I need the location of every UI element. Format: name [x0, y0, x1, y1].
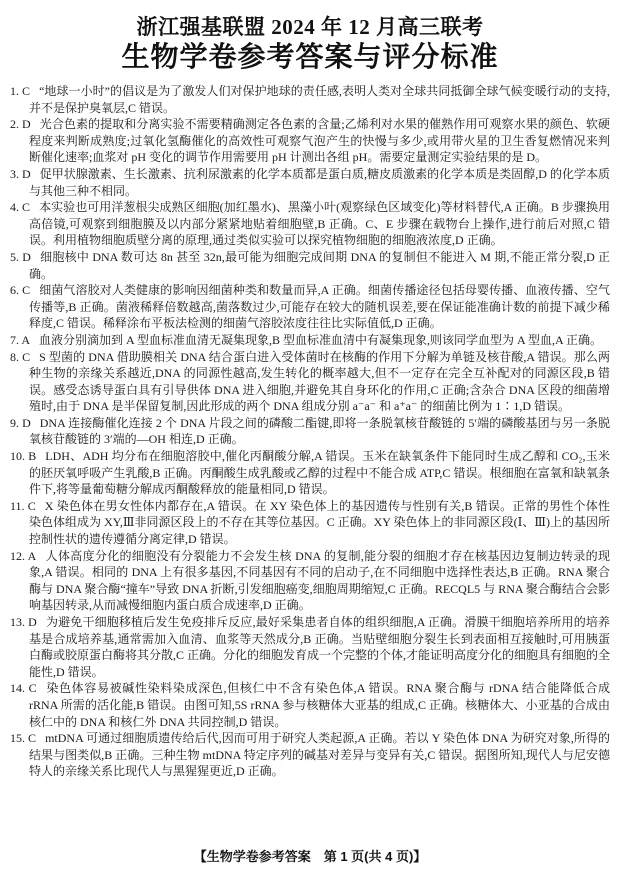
- answer-number-and-choice: 9. D: [10, 416, 31, 430]
- answer-explanation: 血液分别滴加到 A 型血标准血清无凝集现象,B 型血标准血清中有凝集现象,则该同…: [39, 333, 602, 347]
- answer-explanation: S 型菌的 DNA 借助膜相关 DNA 结合蛋白进入受体菌时在核酶的作用下分解为…: [29, 350, 610, 414]
- answer-item: 6. C细菌气溶胶对人类健康的影响因细菌种类和数量而异,A 正确。细菌传播途径包…: [10, 282, 610, 332]
- answer-number-and-choice: 5. D: [10, 250, 31, 264]
- answer-explanation: LDH、ADH 均分布在细胞溶胶中,催化丙酮酸分解,A 错误。玉米在缺氧条件下能…: [29, 449, 610, 496]
- answer-item: 13. D为避免干细胞移植后发生免疫排斥反应,最好采集患者自体的组织细胞,A 正…: [10, 614, 610, 680]
- answer-item: 7. A血液分别滴加到 A 型血标准血清无凝集现象,B 型血标准血清中有凝集现象…: [10, 332, 610, 349]
- answer-item: 5. D细胞核中 DNA 数可达 8n 甚至 32n,最可能为细胞完成间期 DN…: [10, 249, 610, 282]
- answer-explanation: “地球一小时”的倡议是为了激发人们对保护地球的责任感,表明人类对全球共同抵御全球…: [29, 84, 610, 115]
- answer-explanation: 光合色素的提取和分离实验不需要精确测定各色素的含量;乙烯利对水果的催熟作用可观察…: [29, 117, 610, 164]
- answer-item: 8. CS 型菌的 DNA 借助膜相关 DNA 结合蛋白进入受体菌时在核酶的作用…: [10, 349, 610, 415]
- answer-item: 10. BLDH、ADH 均分布在细胞溶胶中,催化丙酮酸分解,A 错误。玉米在缺…: [10, 448, 610, 498]
- answer-item: 9. DDNA 连接酶催化连接 2 个 DNA 片段之间的磷酸二酯键,即将一条脱…: [10, 415, 610, 448]
- answer-number-and-choice: 15. C: [10, 731, 36, 745]
- answer-number-and-choice: 7. A: [10, 333, 30, 347]
- answer-explanation: 为避免干细胞移植后发生免疫排斥反应,最好采集患者自体的组织细胞,A 正确。滑膜干…: [29, 615, 610, 679]
- exam-title: 浙江强基联盟 2024 年 12 月高三联考: [10, 14, 610, 40]
- answer-number-and-choice: 1. C: [10, 84, 30, 98]
- answer-item: 12. A人体高度分化的细胞没有分裂能力不会发生核 DNA 的复制,能分裂的细胞…: [10, 548, 610, 614]
- answer-explanation: 本实验也可用洋葱根尖成熟区细胞(加红墨水)、黑藻小叶(观察绿色区域变化)等材料替…: [29, 200, 610, 247]
- answer-item: 2. D光合色素的提取和分离实验不需要精确测定各色素的含量;乙烯利对水果的催熟作…: [10, 116, 610, 166]
- answer-item: 14. C染色体容易被碱性染料染成深色,但核仁中不含有染色体,A 错误。RNA …: [10, 680, 610, 730]
- answer-explanation: X 染色体在男女性体内都存在,A 错误。在 XY 染色体上的基因遗传与性别有关,…: [29, 499, 610, 546]
- answer-explanation: mtDNA 可通过细胞质遗传给后代,因而可用于研究人类起源,A 正确。若以 Y …: [29, 731, 610, 778]
- answer-number-and-choice: 4. C: [10, 200, 30, 214]
- answer-explanation: 人体高度分化的细胞没有分裂能力不会发生核 DNA 的复制,能分裂的细胞才存在核基…: [29, 549, 610, 613]
- answer-number-and-choice: 10. B: [10, 449, 36, 463]
- answer-list: 1. C“地球一小时”的倡议是为了激发人们对保护地球的责任感,表明人类对全球共同…: [10, 83, 610, 780]
- answer-number-and-choice: 3. D: [10, 167, 31, 181]
- answer-number-and-choice: 14. C: [10, 681, 37, 695]
- answer-item: 11. CX 染色体在男女性体内都存在,A 错误。在 XY 染色体上的基因遗传与…: [10, 498, 610, 548]
- answer-number-and-choice: 6. C: [10, 283, 30, 297]
- answer-explanation: 细菌气溶胶对人类健康的影响因细菌种类和数量而异,A 正确。细菌传播途径包括母婴传…: [29, 283, 610, 330]
- answer-number-and-choice: 8. C: [10, 350, 30, 364]
- answer-sheet-page: 浙江强基联盟 2024 年 12 月高三联考 生物学卷参考答案与评分标准 1. …: [0, 0, 620, 881]
- answer-item: 15. CmtDNA 可通过细胞质遗传给后代,因而可用于研究人类起源,A 正确。…: [10, 730, 610, 780]
- answer-explanation: 染色体容易被碱性染料染成深色,但核仁中不含有染色体,A 错误。RNA 聚合酶与 …: [29, 681, 610, 728]
- answer-number-and-choice: 2. D: [10, 117, 31, 131]
- answer-item: 4. C本实验也可用洋葱根尖成熟区细胞(加红墨水)、黑藻小叶(观察绿色区域变化)…: [10, 199, 610, 249]
- answer-explanation: 细胞核中 DNA 数可达 8n 甚至 32n,最可能为细胞完成间期 DNA 的复…: [29, 250, 610, 281]
- answer-item: 1. C“地球一小时”的倡议是为了激发人们对保护地球的责任感,表明人类对全球共同…: [10, 83, 610, 116]
- page-footer: 【生物学卷参考答案 第 1 页(共 4 页)】: [0, 846, 620, 865]
- answer-number-and-choice: 13. D: [10, 615, 37, 629]
- answer-explanation: 促甲状腺激素、生长激素、抗利尿激素的化学本质都是蛋白质,糖皮质激素的化学本质是类…: [29, 167, 610, 198]
- answer-item: 3. D促甲状腺激素、生长激素、抗利尿激素的化学本质都是蛋白质,糖皮质激素的化学…: [10, 166, 610, 199]
- answer-number-and-choice: 12. A: [10, 549, 36, 563]
- answer-number-and-choice: 11. C: [10, 499, 36, 513]
- answer-explanation: DNA 连接酶催化连接 2 个 DNA 片段之间的磷酸二酯键,即将一条脱氧核苷酸…: [29, 416, 610, 447]
- page-title: 生物学卷参考答案与评分标准: [10, 40, 610, 76]
